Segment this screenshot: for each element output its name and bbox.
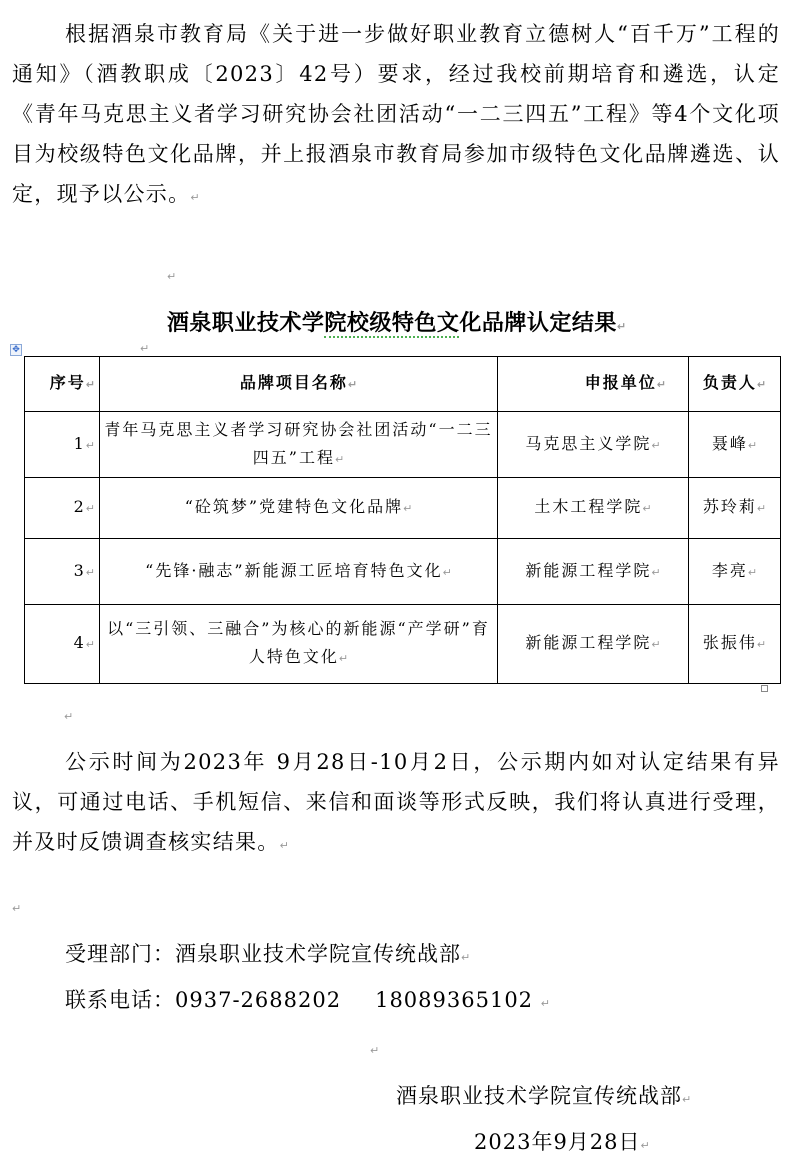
header-no: 序号↵ [25, 357, 100, 412]
paragraph-mark-icon: ↵ [641, 1139, 650, 1152]
table-resize-handle[interactable] [761, 685, 768, 692]
title-part: 酒泉职业技术学 [167, 311, 325, 336]
cell-name: 以“三引领、三融合”为核心的新能源“产学研”育人特色文化↵ [100, 605, 498, 684]
cell-no: 4↵ [25, 605, 100, 684]
cell-unit: 新能源工程学院↵ [498, 539, 689, 605]
signature-org: 酒泉职业技术学院宣传统战部↵ [396, 1076, 691, 1120]
table-row: 2↵ “砼筑梦”党建特色文化品牌↵ 土木工程学院↵ 苏玲莉↵ [25, 478, 781, 539]
cell-owner: 苏玲莉↵ [689, 478, 781, 539]
cell-unit: 土木工程学院↵ [498, 478, 689, 539]
phone-label: 联系电话： [65, 988, 175, 1012]
table-title: 酒泉职业技术学院校级特色文化品牌认定结果↵ [0, 306, 793, 345]
title-part: 化品牌认定结果 [459, 311, 617, 336]
table-row: 3↵ “先锋·融志”新能源工匠培育特色文化↵ 新能源工程学院↵ 李亮↵ [25, 539, 781, 605]
cell-unit: 新能源工程学院↵ [498, 605, 689, 684]
cell-no: 3↵ [25, 539, 100, 605]
phone-2: 18089365102 [375, 988, 533, 1012]
cell-owner: 张振伟↵ [689, 605, 781, 684]
department-value: 酒泉职业技术学院宣传统战部 [175, 942, 461, 966]
table-row: 4↵ 以“三引领、三融合”为核心的新能源“产学研”育人特色文化↵ 新能源工程学院… [25, 605, 781, 684]
spelling-squiggle: 院校级特色文 [324, 311, 459, 338]
cell-owner: 聂峰↵ [689, 412, 781, 478]
paragraph-mark-icon: ↵ [370, 1044, 379, 1057]
paragraph-mark-icon: ↵ [541, 997, 550, 1010]
paragraph-mark-icon: ↵ [461, 951, 470, 964]
intro-text: 根据酒泉市教育局《关于进一步做好职业教育立德树人“百千万”工程的通知》（酒教职成… [12, 22, 780, 206]
header-owner: 负责人↵ [689, 357, 781, 412]
intro-paragraph: 根据酒泉市教育局《关于进一步做好职业教育立德树人“百千万”工程的通知》（酒教职成… [12, 14, 780, 218]
cell-name: “先锋·融志”新能源工匠培育特色文化↵ [100, 539, 498, 605]
cell-unit: 马克思主义学院↵ [498, 412, 689, 478]
cell-name: “砼筑梦”党建特色文化品牌↵ [100, 478, 498, 539]
cell-no: 2↵ [25, 478, 100, 539]
department-label: 受理部门： [65, 942, 175, 966]
paragraph-mark-icon: ↵ [12, 902, 21, 915]
cell-no: 1↵ [25, 412, 100, 478]
cell-owner: 李亮↵ [689, 539, 781, 605]
paragraph-mark-icon: ↵ [140, 342, 149, 355]
signature-date: 2023年9月28日↵ [474, 1122, 650, 1166]
paragraph-mark-icon: ↵ [617, 320, 626, 333]
contact-department: 受理部门：酒泉职业技术学院宣传统战部↵ [65, 934, 470, 978]
contact-phone: 联系电话：0937-268820218089365102 ↵ [65, 980, 550, 1024]
table-header-row: 序号↵ 品牌项目名称↵ 申报单位↵ 负责人↵ [25, 357, 781, 412]
brand-table: 序号↵ 品牌项目名称↵ 申报单位↵ 负责人↵ 1↵ 青年马克思主义者学习研究协会… [24, 356, 781, 684]
paragraph-mark-icon: ↵ [682, 1093, 691, 1106]
header-unit: 申报单位↵ [498, 357, 689, 412]
paragraph-mark-icon: ↵ [167, 270, 176, 283]
paragraph-mark-icon: ↵ [190, 191, 199, 204]
paragraph-mark-icon: ↵ [280, 839, 289, 852]
table-row: 1↵ 青年马克思主义者学习研究协会社团活动“一二三四五”工程↵ 马克思主义学院↵… [25, 412, 781, 478]
table-move-handle-icon[interactable]: ✥ [10, 344, 22, 356]
cell-name: 青年马克思主义者学习研究协会社团活动“一二三四五”工程↵ [100, 412, 498, 478]
notice-paragraph: 公示时间为2023年 9月28日-10月2日，公示期内如对认定结果有异议，可通过… [12, 742, 780, 866]
header-name: 品牌项目名称↵ [100, 357, 498, 412]
paragraph-mark-icon: ↵ [64, 710, 73, 723]
notice-text: 公示时间为2023年 9月28日-10月2日，公示期内如对认定结果有异议，可通过… [12, 750, 780, 854]
phone-1: 0937-2688202 [175, 988, 341, 1012]
